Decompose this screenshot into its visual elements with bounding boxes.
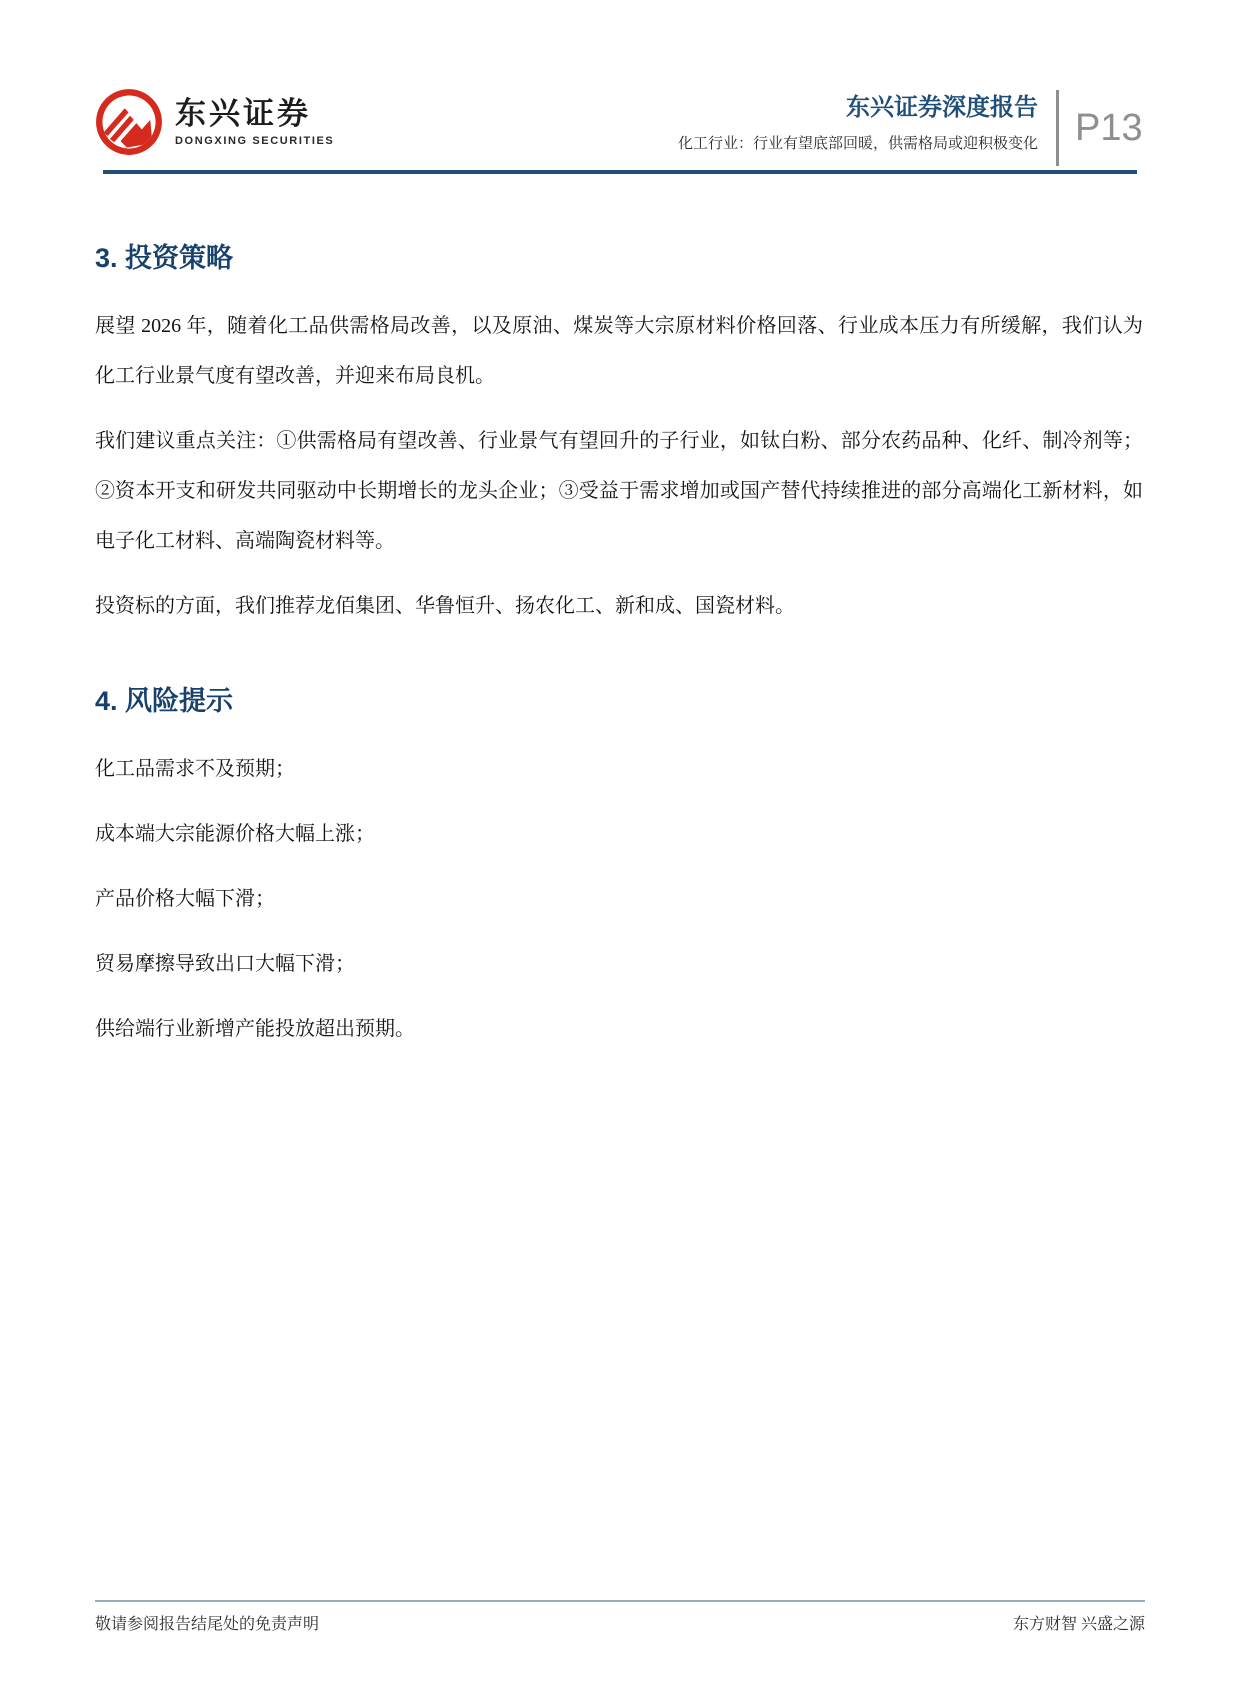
risk-item: 成本端大宗能源价格大幅上涨；: [95, 809, 1143, 859]
section-heading-investment-strategy: 3. 投资策略: [95, 236, 1143, 275]
risk-item: 产品价格大幅下滑；: [95, 874, 1143, 924]
risk-item: 化工品需求不及预期；: [95, 744, 1143, 794]
dongxing-logo-icon: [95, 88, 163, 156]
risk-item: 贸易摩擦导致出口大幅下滑；: [95, 939, 1143, 989]
logo-name-en: DONGXING SECURITIES: [175, 135, 334, 147]
footer-slogan: 东方财智 兴盛之源: [1013, 1611, 1145, 1634]
report-type-title: 东兴证券深度报告: [678, 94, 1038, 123]
footer-row: 敬请参阅报告结尾处的免责声明 东方财智 兴盛之源: [95, 1611, 1145, 1634]
paragraph: 我们建议重点关注：①供需格局有望改善、行业景气有望回升的子行业，如钛白粉、部分农…: [95, 416, 1143, 566]
logo-text: 东兴证券 DONGXING SECURITIES: [175, 97, 334, 147]
report-subtitle: 化工行业：行业有望底部回暖，供需格局或迎积极变化: [678, 132, 1038, 153]
paragraph: 投资标的方面，我们推荐龙佰集团、华鲁恒升、扬农化工、新和成、国瓷材料。: [95, 581, 1143, 631]
risk-item: 供给端行业新增产能投放超出预期。: [95, 1004, 1143, 1054]
logo-name-cn: 东兴证券: [175, 97, 334, 131]
paragraph: 展望 2026 年，随着化工品供需格局改善，以及原油、煤炭等大宗原材料价格回落、…: [95, 301, 1143, 401]
footer-disclaimer: 敬请参阅报告结尾处的免责声明: [95, 1611, 319, 1634]
page-number: P13: [1075, 105, 1145, 150]
header-vertical-divider: [1056, 90, 1059, 166]
header-titles: 东兴证券深度报告 化工行业：行业有望底部回暖，供需格局或迎积极变化: [678, 88, 1038, 166]
page-footer: 敬请参阅报告结尾处的免责声明 东方财智 兴盛之源: [95, 1600, 1145, 1634]
header-rule: [103, 170, 1137, 174]
page-header: 东兴证券 DONGXING SECURITIES 东兴证券深度报告 化工行业：行…: [95, 88, 1145, 172]
report-page: 东兴证券 DONGXING SECURITIES 东兴证券深度报告 化工行业：行…: [0, 0, 1241, 1684]
section-heading-risk-warning: 4. 风险提示: [95, 679, 1143, 718]
dongxing-logo: 东兴证券 DONGXING SECURITIES: [95, 88, 334, 156]
footer-rule: [95, 1600, 1145, 1602]
header-right: 东兴证券深度报告 化工行业：行业有望底部回暖，供需格局或迎积极变化 P13: [678, 88, 1145, 166]
report-body: 3. 投资策略 展望 2026 年，随着化工品供需格局改善，以及原油、煤炭等大宗…: [95, 200, 1143, 1069]
